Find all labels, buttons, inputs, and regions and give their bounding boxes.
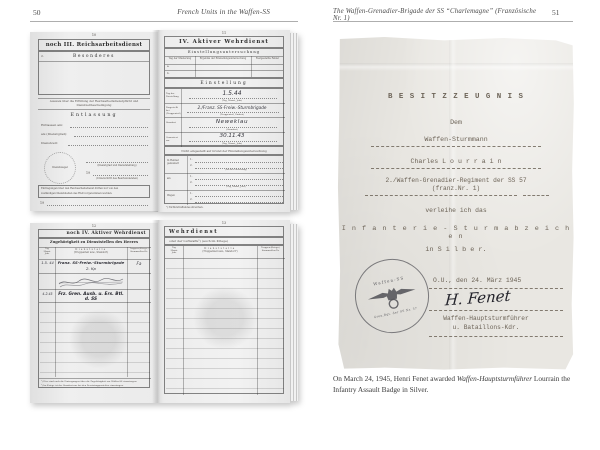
date-place-line: O.U., den 24. März 1945 — [433, 277, 521, 284]
grp2-label: am — [167, 177, 186, 180]
typed-underline — [429, 310, 563, 311]
hw-row1-date: 1.5. 44 — [40, 261, 55, 265]
dienstsiegel-circle: Dienstsiegel — [44, 152, 76, 184]
certificate-dem: Dem — [337, 119, 575, 126]
signer-rank-line1: Waffen-Hauptsturmführer — [407, 315, 565, 322]
divider — [38, 109, 150, 110]
lbl-standort: Standort — [166, 121, 180, 124]
lbl-gemustert: Gemustert am — [166, 136, 180, 142]
hw-date2: 30.11.43 — [183, 133, 281, 139]
nicht-eingestellt-band: Nicht eingestellt auf Grund der Einstell… — [164, 146, 284, 155]
footnote-line-1: Eintragungen über den Reichsarbeitsdiens… — [41, 187, 149, 190]
luftwaffe-band: oder der Luftwaffe¹) (auch im Kriege) — [164, 237, 284, 245]
col-unit-l2: (Truppenteil usw., Standort) — [74, 251, 108, 254]
recipient-rank: Waffen-Sturmmann — [337, 136, 575, 143]
cap-tmj-2: (Tag, Monat, Jahr) — [183, 142, 281, 145]
right-page-number: 51 — [552, 8, 560, 17]
typed-underline — [365, 195, 517, 196]
entry-line — [195, 179, 283, 180]
field-entlassen-label: Entlassen am: — [41, 123, 63, 127]
year-prefix: 19 — [86, 171, 90, 175]
field-dienstzeit-label: Dienstzeit: — [41, 141, 58, 145]
typed-underline — [429, 336, 563, 337]
nicht-eingestellt-text: Nicht eingestellt auf Grund der Einstell… — [165, 149, 283, 153]
left-page-number: 50 — [33, 8, 41, 17]
hw-row1-unit2: 2. Kp — [56, 266, 126, 271]
heer-table-box: Zugehörigkeit zu Dienststellen des Heere… — [38, 238, 150, 388]
hw-row3-unit: Frz. Gren. Ausb. u. Ers. Btl. d. SS — [56, 292, 126, 302]
col-date-l3: Jahr — [45, 253, 49, 255]
heer-footnote-2: ²) Im Kriege ist der Standort nur bei de… — [41, 384, 149, 387]
page-fore-edge — [290, 224, 298, 401]
wehrdienst-table-box: TagMonatJahr Dienststelle(Truppenteil us… — [164, 245, 284, 394]
grp2-item2: 2. — [190, 181, 192, 184]
col-date-l3: Jahr — [172, 252, 176, 254]
date-line — [93, 175, 148, 176]
watermark-emblem — [69, 309, 129, 369]
divider — [165, 64, 283, 65]
date-line-bottom — [47, 205, 148, 206]
cap-einheit: (Truppenteil, Einheit) — [183, 113, 281, 116]
cap-tmj: (Tag, Monat, Jahr) — [183, 99, 281, 102]
rank-caption: (Dienstgrad und Dienststellung) — [86, 164, 148, 167]
divider — [195, 56, 196, 77]
divider — [165, 190, 285, 191]
entry-line — [195, 162, 283, 163]
musterung-groups-box: In Heimat gemustert 1. 2. (Ort der Muste… — [164, 155, 284, 204]
wehrpass-photo-bottom: 12 noch IV. Aktiver Wehrdienst Zugehörig… — [30, 220, 298, 406]
recipient-unit-line2: (franz.Nr. 1) — [337, 185, 575, 192]
wehrdienst-box: Wehrdienst — [164, 226, 284, 237]
entry-line — [195, 196, 283, 197]
dienstsiegel-hint: Dienstsiegel — [45, 166, 75, 169]
hw-unit: 2./Franz. SS-Freiw.-Sturmbrigade — [182, 105, 282, 110]
wehrpass-top-left-page: 10 noch III. Reichsarbeitsdienst 2. Beso… — [30, 32, 158, 211]
divider — [39, 61, 149, 62]
photo-caption: On March 24, 1945, Henri Fenet awarded W… — [333, 374, 585, 395]
leaf-page-number: 13 — [158, 221, 290, 225]
einstellung-rows-box: Tag der Einstellung 1.5.44 (Tag, Monat, … — [164, 88, 284, 146]
verleihe-line: verleihe ich das — [337, 207, 575, 214]
divider — [165, 70, 283, 71]
field-line — [70, 127, 148, 128]
heer-table-title: Zugehörigkeit zu Dienststellen des Heere… — [39, 240, 149, 244]
rad-title: noch III. Reichsarbeitsdienst — [39, 42, 149, 48]
signature-caption: (Unterschrift des Beurkundenden) — [86, 177, 148, 180]
grp1-caption: (Ort der Musterung) — [190, 169, 282, 171]
aktiver-wehrdienst-title: IV. Aktiver Wehrdienst — [165, 39, 283, 45]
untersuchung-heading: Einstellungsuntersuchung — [165, 50, 283, 54]
besonderes-heading: Besonderes — [39, 54, 149, 59]
header-rule-left — [30, 21, 298, 22]
rad-title-box: noch III. Reichsarbeitsdienst — [38, 39, 150, 51]
besitzzeugnis-document: B E S I T Z Z E U G N I S Dem Waffen-Stu… — [337, 37, 575, 371]
luftwaffe-subtitle: oder der Luftwaffe¹) (auch im Kriege) — [169, 239, 228, 243]
booklet-gutter-shadow — [152, 220, 164, 403]
divider — [165, 173, 285, 174]
watermark-emblem — [193, 286, 257, 350]
field-line — [68, 145, 148, 146]
leaf-page-number: 12 — [30, 224, 158, 228]
hw-date-einstellung: 1.5.44 — [183, 90, 281, 97]
signer-rank-line2: u. Bataillons-Kdr. — [407, 324, 565, 331]
grp2-item1: 1. — [190, 175, 192, 178]
divider — [39, 289, 151, 290]
col-musterung: Tag der Musterung — [166, 57, 194, 60]
certificate-title: B E S I T Z Z E U G N I S — [337, 93, 575, 101]
leaf-page-number: 11 — [158, 31, 290, 35]
wehrdienst-heading: Wehrdienst — [169, 229, 218, 235]
struck-out-handwriting — [57, 275, 125, 289]
hw-row1-nr: Fa — [128, 261, 150, 266]
divider — [251, 56, 252, 77]
einstellung-band: Einstellung — [164, 78, 284, 88]
right-running-title: The Waffen-Grenadier-Brigade der SS “Cha… — [333, 8, 545, 22]
wehrpass-top-right-page: 11 IV. Aktiver Wehrdienst Einstellungsun… — [158, 30, 290, 212]
fenet-signature: H. Fenet — [444, 287, 511, 310]
field-dienstgrad-label: als (Dienstgrad): — [41, 132, 67, 136]
recipient-name: Charles L o u r r a i n — [337, 158, 575, 165]
noch-aktiver-box: noch IV. Aktiver Wehrdienst — [38, 229, 150, 238]
divider — [165, 117, 285, 118]
left-running-title: French Units in the Waffen-SS — [100, 8, 270, 16]
typed-underline — [371, 168, 541, 169]
row-a-label: a. — [167, 65, 169, 68]
col-unit-header: Dienststelle(Truppenteil usw., Standort) — [56, 248, 126, 254]
year-prefix-bottom: 19 — [40, 201, 44, 205]
wehrpass-photo-top: 10 noch III. Reichsarbeitsdienst 2. Beso… — [30, 30, 298, 214]
col-nr-header: Truppen-(Kriegs-)Stammrollen-Nr. — [127, 248, 151, 253]
einstellung-heading: Einstellung — [165, 81, 283, 86]
divider — [165, 103, 285, 104]
header-rule-right — [333, 21, 573, 22]
untersuchung-footnote: ¹) Nichtzutreffendes streichen. — [166, 206, 203, 209]
field-line — [74, 136, 148, 137]
rad-ausweis-note: Ausweis über die Erfüllung der Reichsarb… — [40, 100, 148, 107]
signature-line — [86, 162, 148, 163]
entlassung-heading: Entlassung — [30, 113, 158, 118]
badge-grade: in S i l b e r. — [337, 246, 575, 254]
row-b-label: b. — [167, 72, 170, 75]
wehrpass-bottom-right-page: 13 Wehrdienst oder der Luftwaffe¹) (auch… — [158, 220, 290, 403]
grp1-label: In Heimat gemustert — [167, 159, 186, 165]
col-nr-header: Truppen-(Kriegs-)Stammrollen-Nr. — [258, 247, 283, 252]
divider — [39, 273, 151, 274]
grp2-caption: (Tag, Monat, Jahr) — [190, 186, 282, 188]
grp3-item2: 2. — [190, 198, 192, 201]
grp3-label: Wegen — [167, 194, 186, 197]
footnote-box: Eintragungen über den Reichsarbeitsdiens… — [38, 185, 150, 198]
divider — [181, 89, 182, 147]
footnote-line-2: zuständigen Dienststellen des RAD vorgen… — [41, 192, 149, 195]
divider — [187, 156, 188, 205]
col-fehler: Festgestellte Fehler — [252, 57, 283, 60]
leaf-page-number: 10 — [30, 33, 158, 37]
hw-ort: Neweklau — [183, 119, 281, 125]
hw-row1-unit: Franz. SS-Freiw.-Sturmbrigade — [56, 260, 126, 265]
col-nr-l2: Stammrollen-Nr. — [130, 251, 148, 253]
divider — [39, 378, 151, 379]
col-date-header: TagMonatJahr — [165, 247, 183, 255]
grp1-item2: 2. — [190, 164, 192, 167]
badge-name: I n f a n t e r i e - S t u r m a b z e … — [337, 225, 575, 241]
lbl-tag-einstellung: Tag der Einstellung — [166, 92, 180, 98]
wehrpass-bottom-left-page: 12 noch IV. Aktiver Wehrdienst Zugehörig… — [30, 223, 158, 403]
typed-underline — [523, 195, 549, 196]
caption-text-before: On March 24, 1945, Henri Fenet awarded — [333, 374, 457, 383]
col-ergebnis: Ergebnis der Einstellungsuntersuchung — [196, 57, 250, 60]
typed-underline — [371, 146, 541, 147]
booklet-gutter-shadow — [152, 30, 164, 212]
entry-line — [195, 202, 283, 203]
hw-row3-date: 4.2.45 — [40, 292, 55, 296]
grp3-item1: 1. — [190, 192, 192, 195]
noch-aktiver-heading: noch IV. Aktiver Wehrdienst — [67, 231, 147, 236]
wehrdienst-title-box: IV. Aktiver Wehrdienst — [164, 36, 284, 48]
col-date-header: TagMonatJahr — [39, 248, 55, 256]
col-unit-header: Dienststelle(Truppenteil usw., Standort²… — [184, 247, 256, 253]
page-fore-edge — [290, 33, 298, 210]
lbl-einheit: Eingestellt bei (Truppenteil) — [166, 106, 180, 115]
untersuchung-box: Einstellungsuntersuchung Tag der Musteru… — [164, 48, 284, 78]
cap-standort: (Standort) — [183, 128, 281, 131]
caption-rank-italic: Waffen-Hauptsturmführer — [457, 374, 532, 383]
besonderes-box: 2. Besonderes — [38, 51, 150, 95]
heer-footnote-1: ¹) Hier sind auch die Eintragungen über … — [41, 380, 149, 383]
grp1-item1: 1. — [190, 158, 192, 161]
col-nr-l2: Stammrollen-Nr. — [262, 250, 280, 252]
col-unit-l2: (Truppenteil usw., Standort²) — [202, 250, 237, 253]
recipient-unit-line1: 2./Waffen-Grenadier-Regiment der SS 57 — [337, 177, 575, 184]
